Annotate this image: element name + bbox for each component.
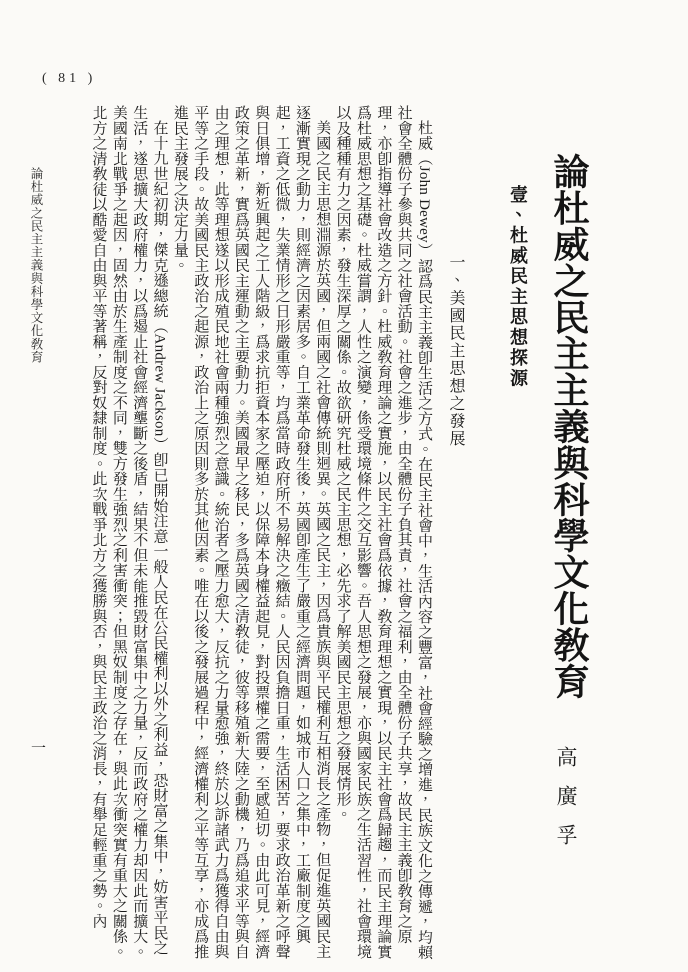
article-title: 論杜威之民主主義與科學文化敎育 xyxy=(544,153,595,713)
subsection-heading: 一、美國民主思想之發展 xyxy=(444,254,467,474)
article-author: 高廣孚 xyxy=(551,746,581,906)
page-number: ( 81 ) xyxy=(42,71,96,87)
running-title: 論杜威之民主主義與科學文化敎育 xyxy=(27,167,45,397)
body-paragraph: 在十九世紀初期，傑克遜總統（Andrew Jackson）卽已開始注意一般人民在… xyxy=(88,105,169,960)
body-paragraph: 杜威（John Dewey）認爲民主主義卽生活之方式。在民主社會中，生活內容之豐… xyxy=(332,105,434,960)
scanned-page: ( 81 ) 論杜威之民主主義與科學文化敎育 一 論杜威之民主主義與科學文化敎育… xyxy=(0,0,688,972)
section-heading: 壹、杜威民主思想探源 xyxy=(505,185,531,415)
folio-number: 一 xyxy=(31,737,46,758)
body-paragraph: 美國之民主思想淵源於英國，但兩國之社會傳統則迥異。英國之民主，因爲貴族與平民權利… xyxy=(170,105,333,960)
article-body: 杜威（John Dewey）認爲民主主義卽生活之方式。在民主社會中，生活內容之豐… xyxy=(88,105,434,960)
